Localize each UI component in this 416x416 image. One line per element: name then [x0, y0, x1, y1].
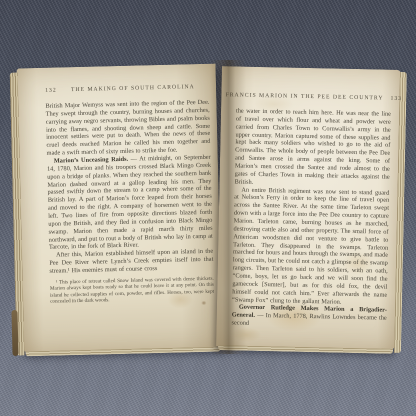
left-page-content: 132 THE MAKING OF SOUTH CAROLINA British… [17, 64, 223, 353]
paragraph: Marion’s Unceasing Raids. — At midnight,… [47, 154, 213, 252]
right-page: FRANCIS MARION IN THE PEE DEE COUNTRY 13… [216, 66, 401, 350]
footnote: ¹ This place of retreat called Snow Isla… [50, 276, 215, 305]
book-cover-edge [11, 310, 18, 356]
paragraph: British Major Wemyss was sent into the r… [45, 99, 210, 158]
book-photo: 132 THE MAKING OF SOUTH CAROLINA British… [0, 0, 416, 416]
left-page-number: 132 [45, 88, 57, 94]
paragraph: Governor Rutledge Makes Marion a Brigadi… [231, 304, 386, 331]
left-header-title: THE MAKING OF SOUTH CAROLINA [57, 84, 210, 94]
right-header-title: FRANCIS MARION IN THE PEE DEE COUNTRY [226, 92, 384, 101]
left-page: 132 THE MAKING OF SOUTH CAROLINA British… [17, 64, 223, 353]
right-page-number: 133 [390, 96, 402, 102]
right-page-content: FRANCIS MARION IN THE PEE DEE COUNTRY 13… [216, 66, 401, 350]
left-running-header: 132 THE MAKING OF SOUTH CAROLINA [45, 84, 209, 94]
paragraph: An entire British regiment was now sent … [232, 186, 389, 307]
paragraph: After this, Marion established himself u… [49, 248, 214, 276]
paragraph-lead: Governor Rutledge Makes Marion a Brigadi… [232, 304, 387, 319]
left-page-body: British Major Wemyss was sent into the r… [45, 99, 213, 276]
paragraph-lead: Marion’s Unceasing Raids. [54, 156, 129, 165]
right-page-body: the water in order to reach him here. He… [231, 107, 391, 330]
right-running-header: FRANCIS MARION IN THE PEE DEE COUNTRY 13… [236, 92, 391, 101]
paragraph: the water in order to reach him here. He… [234, 107, 391, 189]
open-book: 132 THE MAKING OF SOUTH CAROLINA British… [14, 56, 400, 358]
